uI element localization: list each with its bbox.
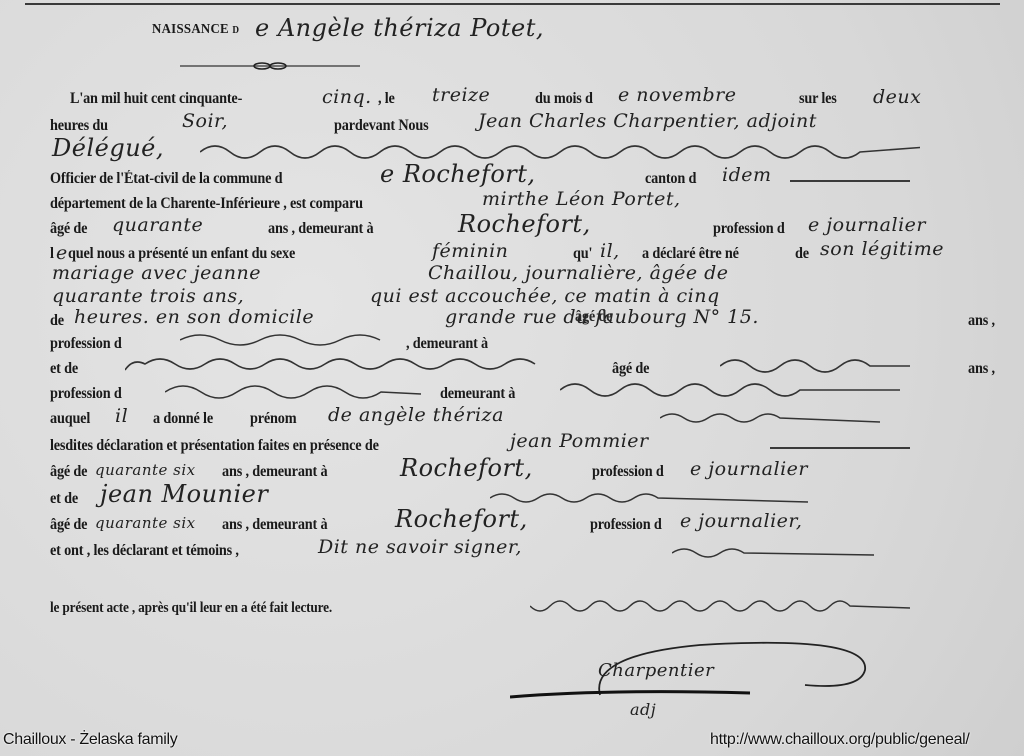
handwritten-witness2-profession: e journalier, xyxy=(680,510,802,532)
filler-wave xyxy=(720,352,920,376)
filler-wave xyxy=(180,330,400,350)
handwritten-mother-name: Chaillou, journalière, âgée de xyxy=(428,262,729,284)
printed-text: demeurant à xyxy=(440,385,515,403)
printed-text: âgé de xyxy=(50,516,87,534)
printed-text: âgé de xyxy=(50,463,87,481)
filler-wave xyxy=(660,410,890,428)
handwritten-declarant-residence: Rochefort, xyxy=(458,210,591,238)
handwritten-hour: deux xyxy=(873,86,921,108)
printed-text: qu' xyxy=(573,245,592,263)
handwritten-month: e novembre xyxy=(618,84,736,106)
handwritten-legitimacy: son légitime xyxy=(820,238,944,260)
officer-signature: Charpentier xyxy=(598,660,714,681)
handwritten-given-names: de angèle thériza xyxy=(328,404,504,426)
printed-text: profession d xyxy=(590,516,662,534)
printed-text: âgé de xyxy=(612,360,649,378)
printed-text: canton d xyxy=(645,170,696,188)
printed-text: et ont , les déclarant et témoins , xyxy=(50,542,239,560)
printed-text: a donné le xyxy=(153,410,213,428)
handwritten-witness2-name: jean Mounier xyxy=(100,480,268,508)
handwritten-witness1-profession: e journalier xyxy=(690,458,808,480)
handwritten-witness1-age: quarante six xyxy=(95,461,196,479)
filler-line xyxy=(770,447,910,449)
birth-record-document: NAISSANCE d e Angèle thériza Potet, L'an… xyxy=(0,0,1024,756)
printed-text: ans , xyxy=(968,360,995,378)
handwritten-declarant-profession: e journalier xyxy=(808,214,926,236)
printed-text: ans , xyxy=(968,312,995,330)
printed-text: L'an mil huit cent cinquante- xyxy=(70,90,242,108)
printed-text: , le xyxy=(378,90,395,108)
website-watermark[interactable]: http://www.chailloux.org/public/geneal/ xyxy=(710,731,970,749)
handwritten-day: treize xyxy=(432,84,490,106)
filler-wave xyxy=(672,545,882,561)
handwritten-title: Délégué, xyxy=(52,134,164,162)
family-watermark: Chailloux - Żelaska family xyxy=(3,731,177,749)
printed-text: profession d xyxy=(50,335,122,353)
printed-text: ans , demeurant à xyxy=(222,463,327,481)
printed-text: département de la Charente-Inférieure , … xyxy=(50,195,363,213)
filler-wave xyxy=(560,378,920,400)
handwritten-canton: idem xyxy=(722,164,772,186)
handwritten-witness1-residence: Rochefort, xyxy=(400,454,533,482)
printed-text: prénom xyxy=(250,410,296,428)
filler-wave xyxy=(530,600,930,618)
record-type-label: NAISSANCE d xyxy=(152,22,239,38)
handwritten-birth-place: heures. en son domicile xyxy=(74,306,314,328)
printed-text: Officier de l'État-civil de la commune d xyxy=(50,170,282,188)
child-name-header: e Angèle thériza Potet, xyxy=(255,14,544,42)
printed-text: sur les xyxy=(799,90,837,108)
filler-wave xyxy=(125,352,565,376)
handwritten-marriage: mariage avec jeanne xyxy=(52,262,261,284)
printed-text: auquel xyxy=(50,410,90,428)
handwritten-witness2-age: quarante six xyxy=(95,514,196,532)
handwritten-text: il, xyxy=(600,240,620,262)
printed-text: et de xyxy=(50,360,78,378)
printed-text: heures du xyxy=(50,117,108,135)
handwritten-mother-age: quarante trois ans, xyxy=(52,285,244,307)
printed-text: quel nous a présenté un enfant du sexe xyxy=(68,245,295,263)
printed-text: âgé de xyxy=(50,220,87,238)
handwritten-declarant-age: quarante xyxy=(112,214,203,236)
top-rule xyxy=(25,3,1000,5)
handwritten-officer-name: Jean Charles Charpentier, adjoint xyxy=(478,110,817,132)
filler-wave xyxy=(200,140,920,164)
printed-text: et de xyxy=(50,490,78,508)
printed-text: de xyxy=(795,245,809,263)
handwritten-commune: e Rochefort, xyxy=(380,160,536,188)
handwritten-year: cinq. xyxy=(322,86,372,108)
printed-text: ans , demeurant à xyxy=(268,220,373,238)
printed-text: pardevant Nous xyxy=(334,117,428,135)
printed-text: profession d xyxy=(50,385,122,403)
filler-wave xyxy=(165,378,435,400)
printed-text: le présent acte , après qu'il leur en a … xyxy=(50,600,332,617)
handwritten-signature-note: Dit ne savoir signer, xyxy=(318,536,522,558)
printed-text: de xyxy=(50,312,64,330)
printed-text: lesdites déclaration et présentation fai… xyxy=(50,437,379,455)
handwritten-text: e xyxy=(56,242,68,264)
printed-text: profession d xyxy=(713,220,785,238)
handwritten-child-sex: féminin xyxy=(432,240,508,262)
printed-text: âgé de xyxy=(575,308,612,326)
handwritten-witness1-name: jean Pommier xyxy=(510,430,649,452)
printed-text: l xyxy=(50,245,54,263)
filler-wave xyxy=(490,490,830,508)
printed-text: , demeurant à xyxy=(406,335,488,353)
handwritten-declarant-name: mirthe Léon Portet, xyxy=(482,188,681,210)
officer-signature-mark: adj xyxy=(630,700,656,719)
handwritten-birth-time: qui est accouchée, ce matin à cinq xyxy=(370,285,720,307)
printed-text: a déclaré être né xyxy=(642,245,739,263)
printed-text: ans , demeurant à xyxy=(222,516,327,534)
header-ornament xyxy=(180,60,360,72)
handwritten-witness2-residence: Rochefort, xyxy=(395,505,528,533)
printed-text: du mois d xyxy=(535,90,593,108)
handwritten-text: il xyxy=(115,405,128,427)
printed-text: profession d xyxy=(592,463,664,481)
filler-line xyxy=(790,180,910,182)
handwritten-time-of-day: Soir, xyxy=(182,110,228,132)
